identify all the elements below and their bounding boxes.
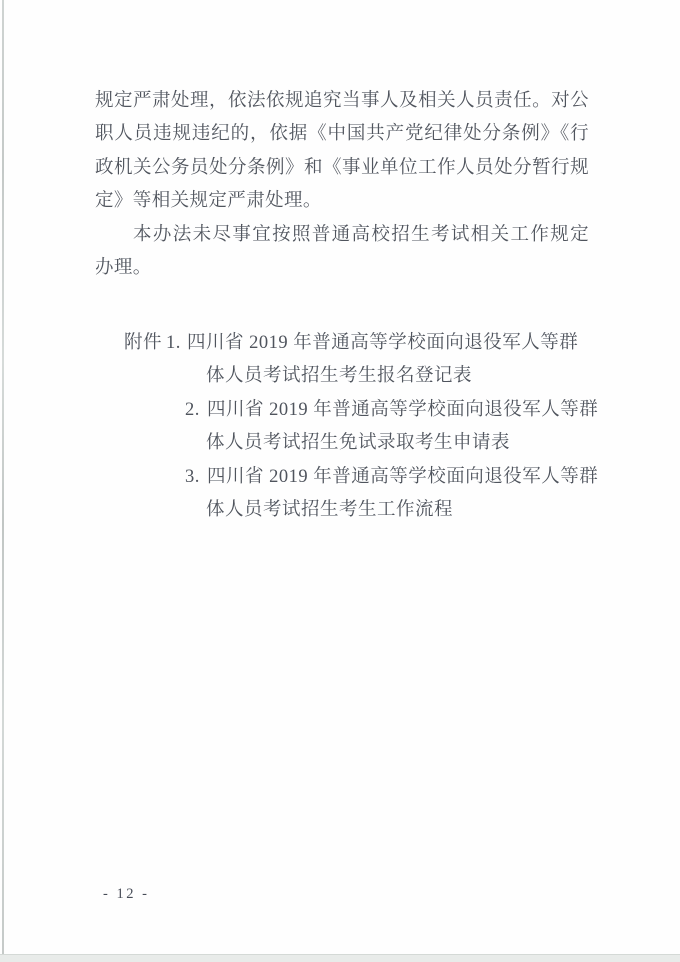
paragraph1-line-4: 定》等相关规定严肃处理。 — [95, 185, 589, 218]
attachment-item-2-row-2: 体人员考试招生免试录取考生申请表 — [0, 427, 680, 460]
paragraph1-line-3: 政机关公务员处分条例》和《事业单位工作人员处分暂行规 — [95, 152, 589, 185]
attachment-item-3-row-1: 3. 四川省 2019 年普通高等学校面向退役军人等群 — [0, 461, 680, 494]
paragraph2-line-2: 办理。 — [95, 252, 589, 285]
paragraph1-line-2: 职人员违规违纪的，依据《中国共产党纪律处分条例》《行 — [95, 118, 589, 151]
attachment-item-2-title-line-2: 体人员考试招生免试录取考生申请表 — [206, 427, 510, 460]
attachment-item-1-title-line-1: 四川省 2019 年普通高等学校面向退役军人等群 — [187, 327, 578, 360]
attachment-item-3-title-line-1: 四川省 2019 年普通高等学校面向退役军人等群 — [207, 461, 598, 494]
attachment-item-1-number: 1. — [166, 327, 181, 360]
attachment-item-1-row-2: 体人员考试招生考生报名登记表 — [0, 360, 680, 393]
attachment-item-1-title-line-2: 体人员考试招生考生报名登记表 — [206, 360, 472, 393]
attachment-item-2-row-1: 2. 四川省 2019 年普通高等学校面向退役军人等群 — [0, 394, 680, 427]
attachment-item-1-row-1: 附件 1. 四川省 2019 年普通高等学校面向退役军人等群 — [0, 327, 680, 360]
attachment-item-3-row-2: 体人员考试招生考生工作流程 — [0, 494, 680, 527]
attachment-item-2-number: 2. — [185, 394, 200, 427]
attachment-item-3-title-line-2: 体人员考试招生考生工作流程 — [206, 494, 453, 527]
paragraph2-line-1: 本办法未尽事宜按照普通高校招生考试相关工作规定 — [95, 219, 589, 252]
attachment-item-2-title-line-1: 四川省 2019 年普通高等学校面向退役军人等群 — [207, 394, 598, 427]
attachments-label: 附件 — [124, 327, 162, 360]
page-number: - 12 - — [103, 886, 149, 903]
scan-bottom-edge-artifact — [0, 954, 680, 962]
paragraph1-line-1: 规定严肃处理，依法依规追究当事人及相关人员责任。对公 — [95, 85, 589, 118]
body-text: 规定严肃处理，依法依规追究当事人及相关人员责任。对公 职人员违规违纪的，依据《中… — [95, 85, 589, 285]
attachment-item-3-number: 3. — [185, 461, 200, 494]
document-page: 规定严肃处理，依法依规追究当事人及相关人员责任。对公 职人员违规违纪的，依据《中… — [0, 0, 680, 962]
